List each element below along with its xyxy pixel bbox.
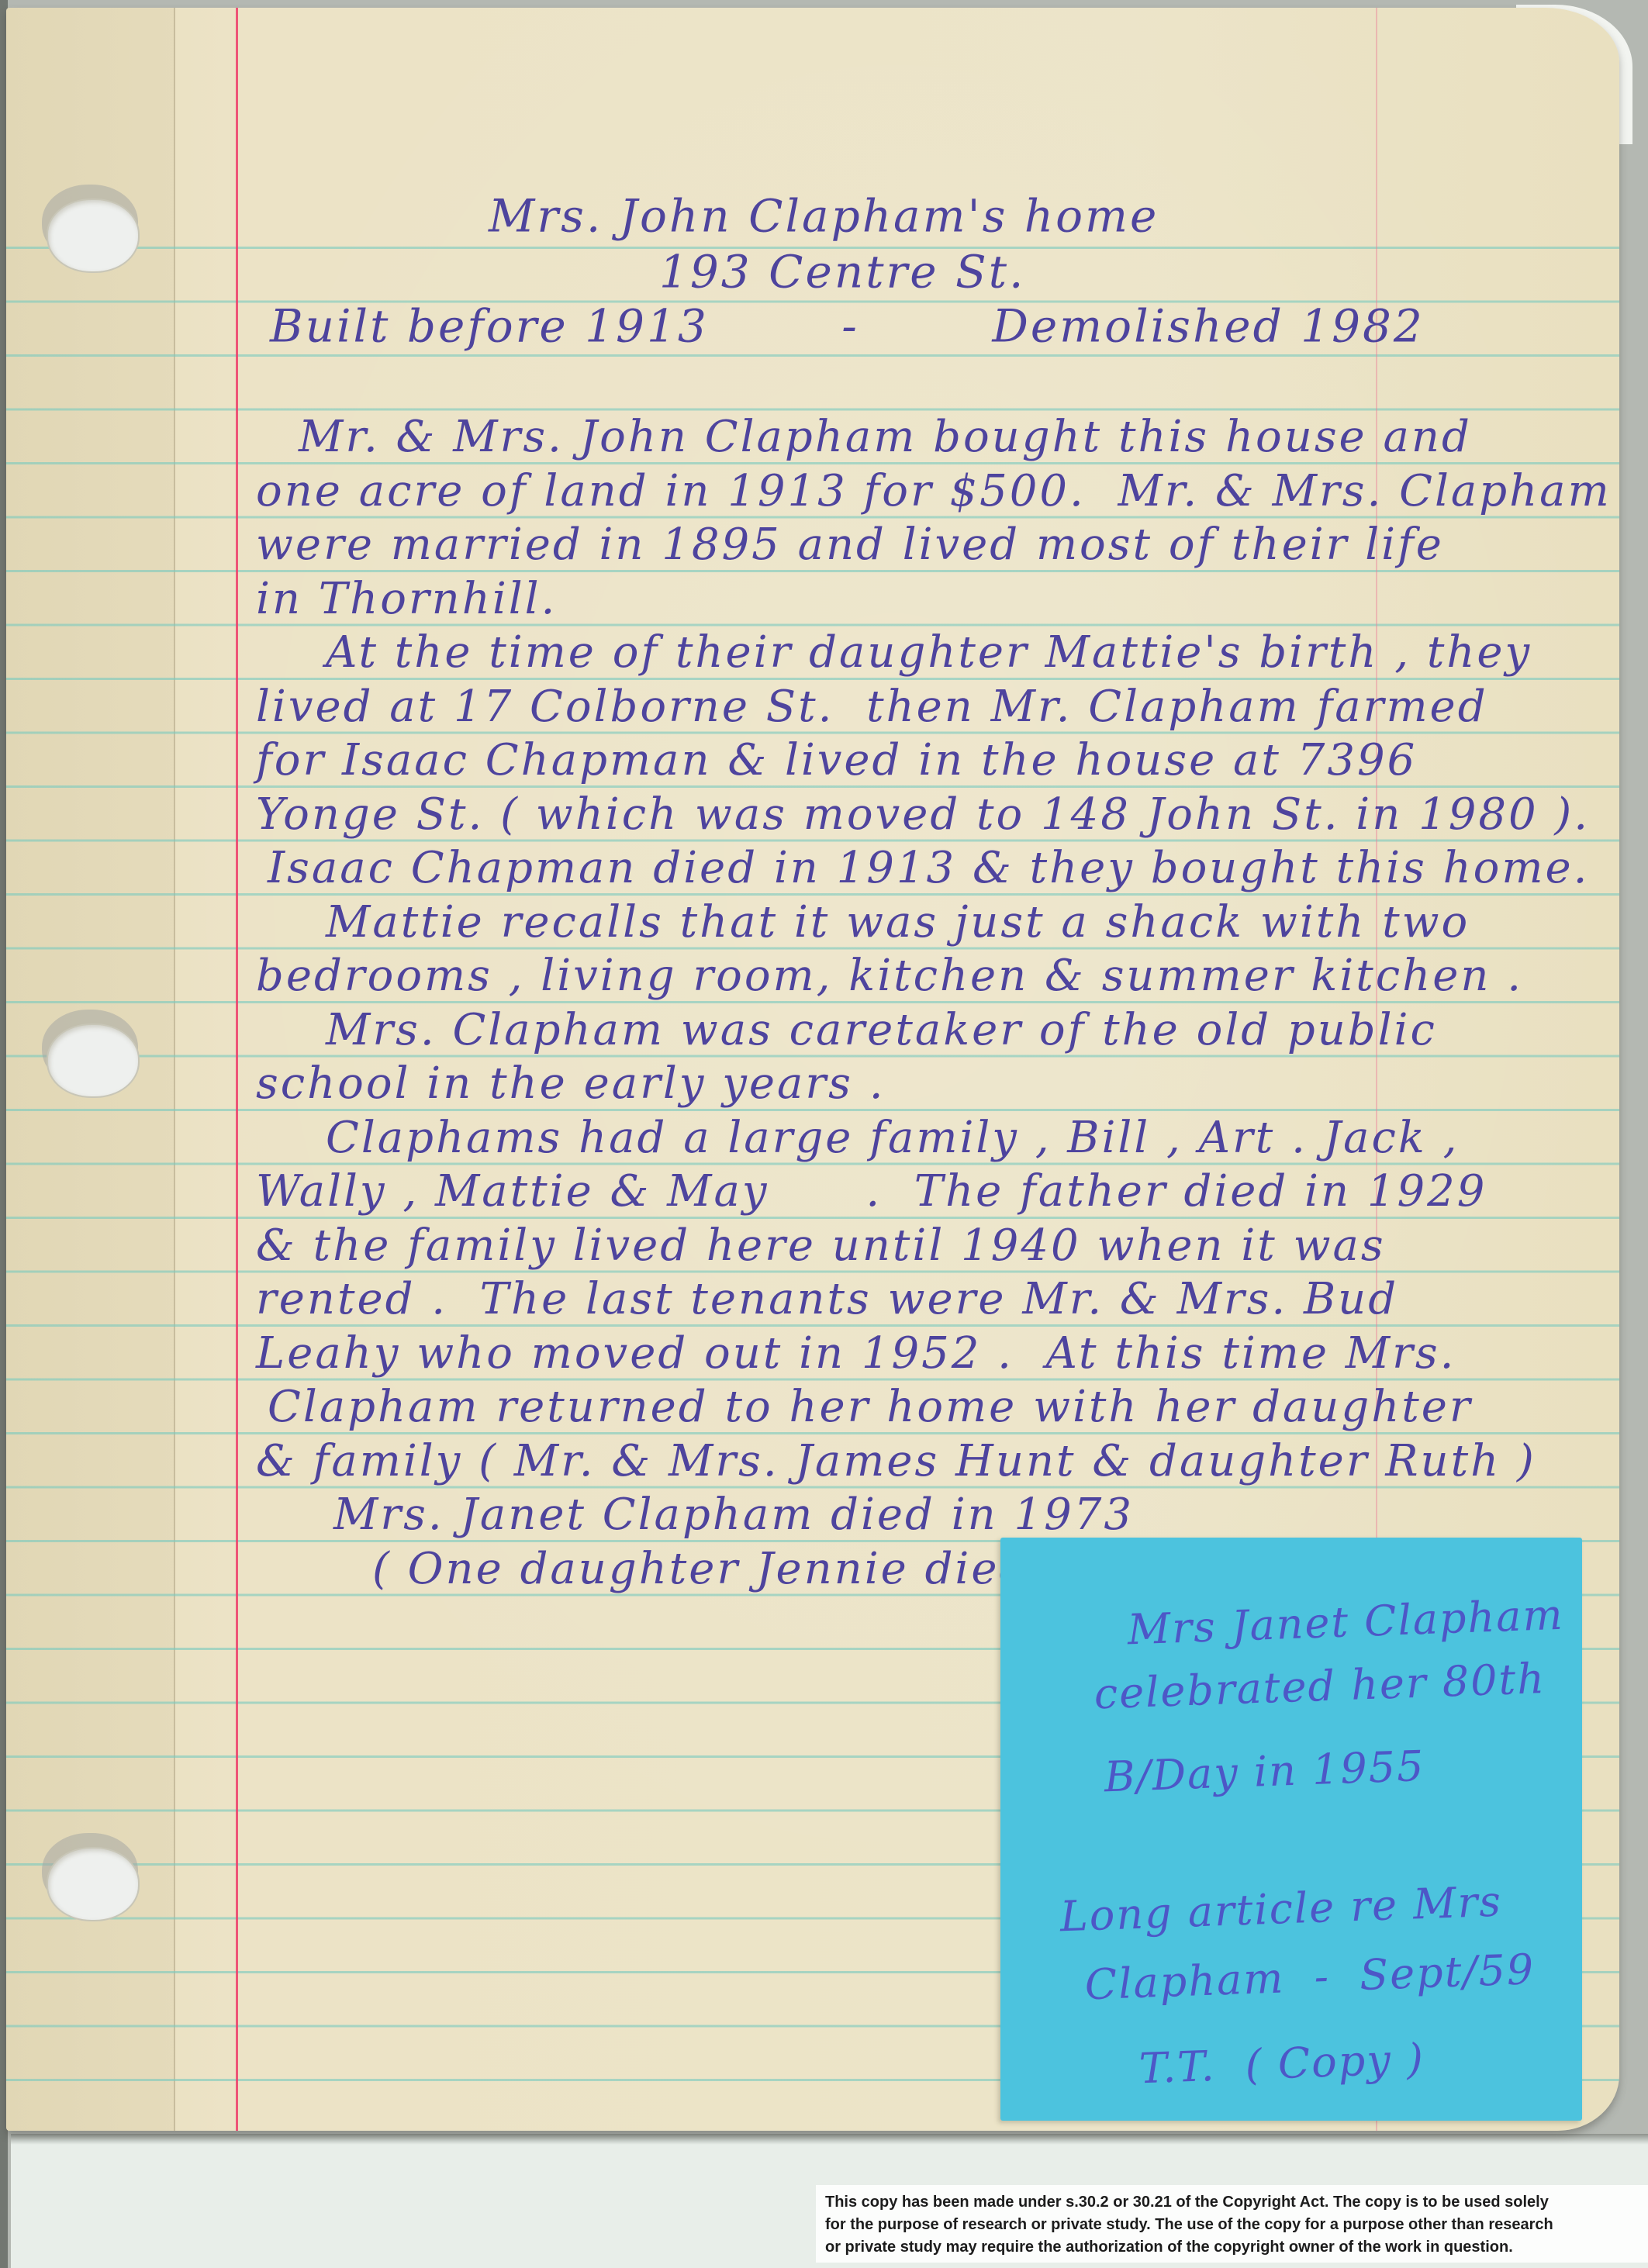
handwritten-line: At the time of their daughter Mattie's b… — [326, 628, 1532, 678]
handwritten-line: Clapham returned to her home with her da… — [268, 1383, 1473, 1432]
sticky-note-line: T.T. ( Copy ) — [1138, 2035, 1425, 2094]
copyright-stamp-line: or private study may require the authori… — [825, 2236, 1639, 2259]
red-margin-line — [236, 8, 238, 2131]
copyright-stamp-line: for the purpose of research or private s… — [825, 2214, 1639, 2236]
handwritten-line: Mr. & Mrs. John Clapham bought this hous… — [299, 413, 1472, 462]
handwritten-line: & family ( Mr. & Mrs. James Hunt & daugh… — [256, 1437, 1536, 1486]
handwritten-line: Wally , Mattie & May . The father died i… — [256, 1167, 1487, 1217]
handwritten-line: Mrs. Janet Clapham died in 1973 — [333, 1490, 1134, 1540]
handwritten-line: Leahy who moved out in 1952 . At this ti… — [256, 1329, 1456, 1379]
handwritten-line: Mrs. John Clapham's home — [489, 190, 1159, 242]
handwritten-line: for Isaac Chapman & lived in the house a… — [256, 736, 1417, 785]
handwritten-line: Built before 1913 - Demolished 1982 — [270, 300, 1425, 352]
handwritten-line: bedrooms , living room, kitchen & summer… — [256, 951, 1523, 1001]
handwritten-line: lived at 17 Colborne St. then Mr. Clapha… — [256, 682, 1488, 732]
handwritten-line: were married in 1895 and lived most of t… — [256, 520, 1444, 570]
handwritten-line: & the family lived here until 1940 when … — [256, 1221, 1386, 1271]
copyright-stamp: This copy has been made under s.30.2 or … — [816, 2185, 1648, 2263]
punch-hole — [47, 198, 140, 273]
handwritten-line: one acre of land in 1913 for $500. Mr. &… — [256, 467, 1612, 516]
handwritten-line: in Thornhill. — [256, 575, 557, 624]
notebook-page: Mrs. John Clapham's home193 Centre St.Bu… — [6, 8, 1619, 2131]
handwritten-line: Isaac Chapman died in 1913 & they bought… — [268, 844, 1589, 893]
handwritten-line: Claphams had a large family , Bill , Art… — [326, 1113, 1459, 1163]
punch-hole — [47, 1024, 140, 1098]
handwritten-line: ( One daughter Jennie died — [372, 1545, 1029, 1594]
handwritten-line: Yonge St. ( which was moved to 148 John … — [256, 790, 1590, 840]
handwritten-line: rented . The last tenants were Mr. & Mrs… — [256, 1275, 1398, 1324]
copyright-stamp-line: This copy has been made under s.30.2 or … — [825, 2191, 1639, 2214]
handwritten-line: 193 Centre St. — [659, 246, 1025, 298]
handwritten-line: school in the early years . — [256, 1059, 886, 1109]
handwritten-line: Mattie recalls that it was just a shack … — [326, 898, 1470, 948]
handwritten-line: Mrs. Clapham was caretaker of the old pu… — [326, 1006, 1437, 1055]
punch-hole — [47, 1847, 140, 1921]
